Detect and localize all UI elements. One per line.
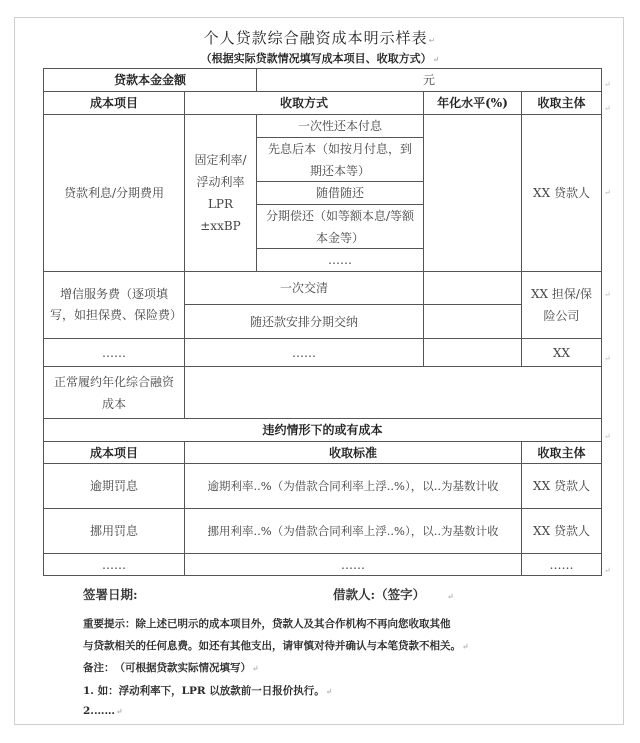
header-cost-item: 成本项目 bbox=[43, 91, 185, 115]
remark-label: 备注： （可根据贷款实际情况填写）↵ bbox=[83, 660, 259, 675]
credit-collector: XX 担保/保险公司 bbox=[521, 271, 602, 339]
paragraph-mark-icon: ↵ bbox=[604, 566, 611, 575]
method-other: …… bbox=[256, 248, 424, 272]
paragraph-mark-icon: ↵ bbox=[433, 54, 440, 64]
paragraph-mark-icon: ↵ bbox=[604, 80, 611, 89]
title-text: 个人贷款综合融资成本明示样表 bbox=[204, 29, 428, 47]
important-notice-line-2: 与贷款相关的任何息费。如还有其他支出，请审慎对待并确认与本笔贷款不相关。↵ bbox=[83, 638, 469, 653]
paragraph-mark-icon: ↵ bbox=[447, 591, 454, 601]
borrower-signature-label: 借款人:（签字）↵ bbox=[333, 585, 454, 603]
paragraph-mark-icon: ↵ bbox=[604, 290, 611, 299]
overdue-penalty-collector: XX 贷款人 bbox=[521, 463, 602, 509]
other-item: …… bbox=[43, 338, 185, 367]
header-collector: 收取主体 bbox=[521, 91, 602, 115]
paragraph-mark-icon: ↵ bbox=[604, 188, 611, 197]
default-other-standard: …… bbox=[184, 553, 522, 576]
misuse-penalty-collector: XX 贷款人 bbox=[521, 508, 602, 554]
principal-label: 贷款本金金额 bbox=[43, 68, 257, 92]
credit-service-item: 增信服务费（逐项填写，如担保费、保险费） bbox=[43, 271, 185, 339]
method-flexible: 随借随还 bbox=[256, 181, 424, 205]
principal-unit: 元 bbox=[423, 69, 435, 91]
total-cost-item: 正常履约年化综合融资成本 bbox=[43, 366, 185, 419]
rate-type: 固定利率/浮动利率 LPR ±xxBP bbox=[184, 114, 257, 272]
paragraph-mark-icon: ↵ bbox=[252, 663, 259, 673]
default-header-cost-item: 成本项目 bbox=[43, 441, 185, 464]
default-other-item: …… bbox=[43, 553, 185, 576]
paragraph-mark-icon: ↵ bbox=[604, 354, 611, 363]
other-annual-rate-field[interactable] bbox=[423, 338, 522, 367]
total-cost-value-field[interactable] bbox=[184, 366, 602, 419]
signature-date-label: 签署日期: bbox=[83, 585, 138, 603]
credit-method-installment: 随还款安排分期交纳 bbox=[184, 304, 424, 339]
misuse-penalty-standard: 挪用利率..%（为借款合同利率上浮..%），以..为基数计收 bbox=[184, 508, 522, 554]
remark-item-1: 1. 如：浮动利率下，LPR 以放款前一日报价执行。↵ bbox=[83, 683, 332, 698]
subtitle-text: （根据实际贷款情况填写成本项目、收取方式） bbox=[201, 52, 432, 65]
overdue-penalty-standard: 逾期利率..%（为借款合同利率上浮..%），以..为基数计收 bbox=[184, 463, 522, 509]
method-lump-sum: 一次性还本付息 bbox=[256, 114, 424, 138]
default-section-title: 违约情形下的或有成本 bbox=[43, 418, 602, 442]
paragraph-mark-icon: ↵ bbox=[116, 706, 123, 716]
remark-item-2: 2.……↵ bbox=[83, 705, 123, 717]
other-method: …… bbox=[184, 338, 424, 367]
loan-interest-annual-rate-field[interactable] bbox=[423, 114, 522, 272]
overdue-penalty-item: 逾期罚息 bbox=[43, 463, 185, 509]
paragraph-mark-icon: ↵ bbox=[604, 432, 611, 441]
document-title: 个人贷款综合融资成本明示样表↵ bbox=[0, 27, 640, 48]
paragraph-mark-icon: ↵ bbox=[604, 104, 611, 113]
header-annual-rate: 年化水平(%) bbox=[423, 91, 522, 115]
credit-method-one-time: 一次交清 bbox=[184, 271, 424, 305]
document-subtitle: （根据实际贷款情况填写成本项目、收取方式）↵ bbox=[0, 50, 640, 66]
paragraph-mark-icon: ↵ bbox=[462, 641, 469, 651]
credit-annual-rate-field-2[interactable] bbox=[423, 304, 522, 339]
misuse-penalty-item: 挪用罚息 bbox=[43, 508, 185, 554]
paragraph-mark-icon: ↵ bbox=[326, 686, 333, 696]
paragraph-mark-icon: ↵ bbox=[429, 36, 437, 45]
method-installment: 分期偿还（如等额本息/等额本金等） bbox=[256, 204, 424, 249]
important-notice-line-1: 重要提示：除上述已明示的成本项目外，贷款人及其合作机构不再向您收取其他 bbox=[83, 616, 451, 631]
method-interest-first: 先息后本（如按月付息，到期还本等） bbox=[256, 137, 424, 182]
loan-interest-item: 贷款利息/分期费用 bbox=[43, 114, 185, 272]
default-other-collector: …… bbox=[521, 553, 602, 576]
default-header-standard: 收取标准 bbox=[184, 441, 522, 464]
other-collector: XX bbox=[521, 338, 602, 367]
header-collection-method: 收取方式 bbox=[184, 91, 424, 115]
principal-amount-field[interactable]: 元 bbox=[256, 68, 602, 92]
credit-annual-rate-field-1[interactable] bbox=[423, 271, 522, 305]
loan-interest-collector: XX 贷款人 bbox=[521, 114, 602, 272]
default-header-collector: 收取主体 bbox=[521, 441, 602, 464]
